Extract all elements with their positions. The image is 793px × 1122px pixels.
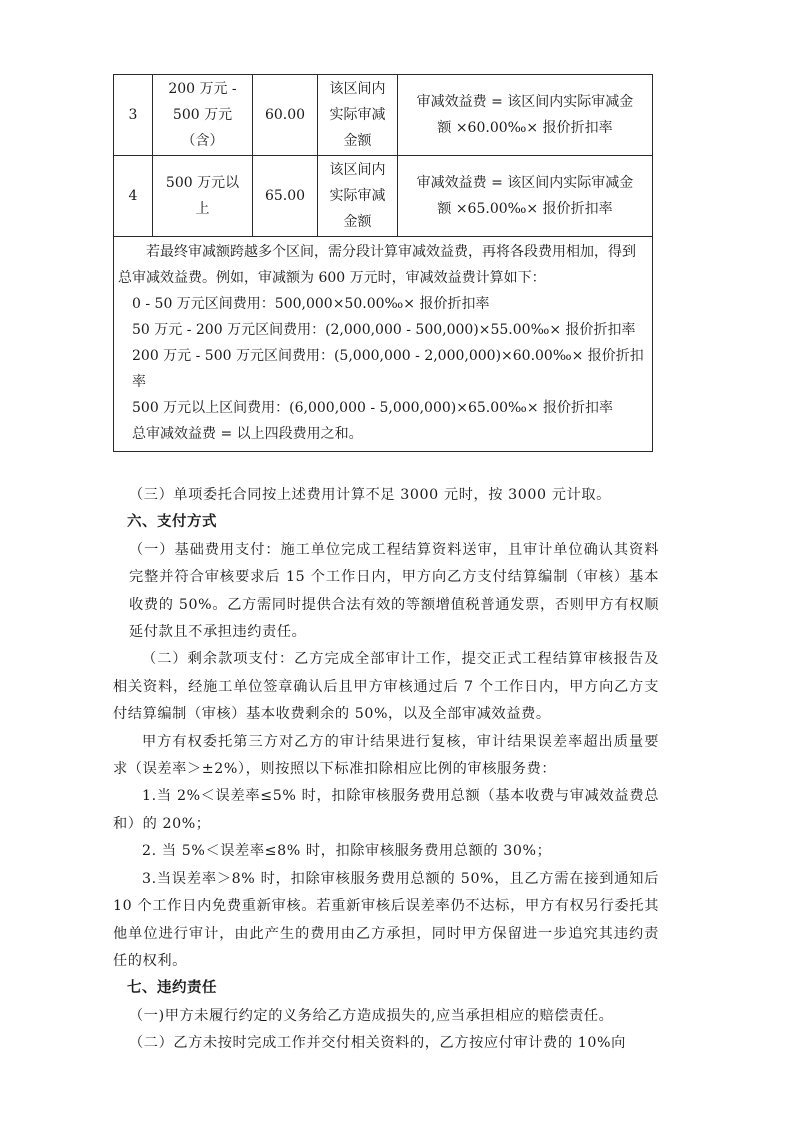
review-rule-3: 3.当误差率＞8% 时，扣除审核服务费用总额的 50%，且乙方需在接到通知后 1… xyxy=(113,866,659,976)
formula-line: 额 ×65.00‰× 报价折扣率 xyxy=(402,196,648,222)
review-rule-2: 2. 当 5%＜误差率≤8% 时，扣除审核服务费用总额的 30%； xyxy=(113,838,659,865)
calculation-example-note: 若最终审减额跨越多个区间，需分段计算审减效益费，再将各段费用相加，得到总审减效益… xyxy=(114,237,653,452)
base-line: 该区间内 xyxy=(322,157,393,183)
base-line: 该区间内 xyxy=(322,76,393,102)
fee-rate-table: 3 200 万元 - 500 万元 （含） 60.00 该区间内 实际审减 金额… xyxy=(113,74,653,452)
range-line: 500 万元 xyxy=(157,102,248,128)
section-heading-payment: 六、支付方式 xyxy=(113,509,659,536)
rate-permille: 60.00 xyxy=(253,75,318,156)
formula-line: 审减效益费 = 该区间内实际审减金 xyxy=(402,170,648,196)
fee-formula: 审减效益费 = 该区间内实际审减金 额 ×65.00‰× 报价折扣率 xyxy=(398,156,653,237)
note-line: 500 万元以上区间费用：(6,000,000 - 5,000,000)×65.… xyxy=(118,395,648,421)
clause-minimum-fee: （三）单项委托合同按上述费用计算不足 3000 元时，按 3000 元计取。 xyxy=(113,482,659,509)
note-line: 0 - 50 万元区间费用：500,000×50.00‰× 报价折扣率 xyxy=(118,291,648,317)
formula-line: 审减效益费 = 该区间内实际审减金 xyxy=(402,89,648,115)
row-number: 4 xyxy=(114,156,153,237)
table-note-row: 若最终审减额跨越多个区间，需分段计算审减效益费，再将各段费用相加，得到总审减效益… xyxy=(114,237,653,452)
note-line: 50 万元 - 200 万元区间费用：(2,000,000 - 500,000)… xyxy=(118,317,648,343)
formula-line: 额 ×60.00‰× 报价折扣率 xyxy=(402,115,648,141)
fee-formula: 审减效益费 = 该区间内实际审减金 额 ×60.00‰× 报价折扣率 xyxy=(398,75,653,156)
amount-range: 200 万元 - 500 万元 （含） xyxy=(153,75,253,156)
section-heading-liability: 七、违约责任 xyxy=(113,975,659,1002)
range-line: 500 万元以 xyxy=(157,170,248,196)
calculation-base: 该区间内 实际审减 金额 xyxy=(318,75,398,156)
range-line: 上 xyxy=(157,196,248,222)
review-rule-1: 1.当 2%＜误差率≤5% 时，扣除审核服务费用总额（基本收费与审减效益费总和）… xyxy=(113,783,659,838)
payment-clause-1: （一）基础费用支付：施工单位完成工程结算资料送审，且审计单位确认其资料完整并符合… xyxy=(113,537,659,647)
liability-clause-1: （一)甲方未履行约定的义务给乙方造成损失的,应当承担相应的赔偿责任。 xyxy=(113,1003,659,1030)
contract-body: （三）单项委托合同按上述费用计算不足 3000 元时，按 3000 元计取。 六… xyxy=(113,482,659,1058)
note-line: 200 万元 - 500 万元区间费用：(5,000,000 - 2,000,0… xyxy=(118,343,648,395)
note-intro: 若最终审减额跨越多个区间，需分段计算审减效益费，再将各段费用相加，得到总审减效益… xyxy=(118,239,648,291)
base-line: 金额 xyxy=(322,128,393,154)
liability-clause-2: （二）乙方未按时完成工作并交付相关资料的，乙方按应付审计费的 10%向 xyxy=(113,1030,659,1057)
calculation-base: 该区间内 实际审减 金额 xyxy=(318,156,398,237)
base-line: 实际审减 xyxy=(322,102,393,128)
note-line: 总审减效益费 = 以上四段费用之和。 xyxy=(118,421,648,447)
table-row: 4 500 万元以 上 65.00 该区间内 实际审减 金额 审减效益费 = 该… xyxy=(114,156,653,237)
range-line: （含） xyxy=(157,128,248,154)
table-row: 3 200 万元 - 500 万元 （含） 60.00 该区间内 实际审减 金额… xyxy=(114,75,653,156)
payment-clause-2: （二）剩余款项支付：乙方完成全部审计工作，提交正式工程结算审核报告及相关资料，经… xyxy=(113,646,659,728)
row-number: 3 xyxy=(114,75,153,156)
review-intro: 甲方有权委托第三方对乙方的审计结果进行复核，审计结果误差率超出质量要求（误差率＞… xyxy=(113,729,659,784)
document-page: 3 200 万元 - 500 万元 （含） 60.00 该区间内 实际审减 金额… xyxy=(0,0,793,1122)
rate-permille: 65.00 xyxy=(253,156,318,237)
range-line: 200 万元 - xyxy=(157,76,248,102)
amount-range: 500 万元以 上 xyxy=(153,156,253,237)
base-line: 实际审减 xyxy=(322,183,393,209)
base-line: 金额 xyxy=(322,209,393,235)
